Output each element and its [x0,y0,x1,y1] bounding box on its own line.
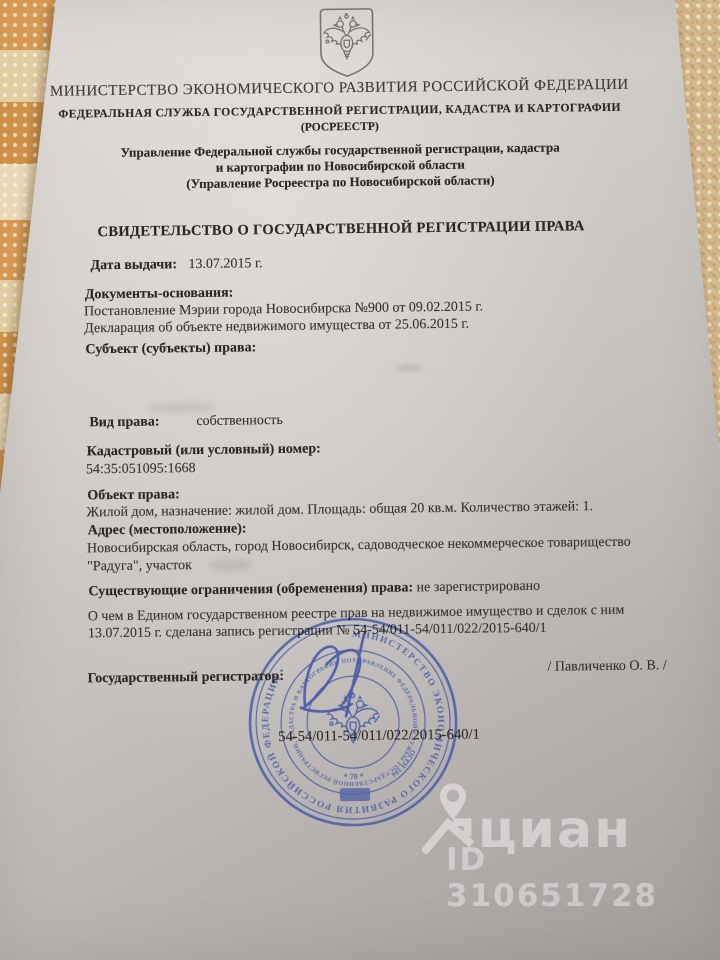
restrictions-value: не зарегистрировано [417,579,541,596]
registration-number: 54-54/011-54/011/022/2015-640/1 [278,727,480,746]
document-title: СВИДЕТЕЛЬСТВО О ГОСУДАРСТВЕННОЙ РЕГИСТРА… [17,217,665,242]
restrictions-row: Существующие ограничения (обременения) п… [88,579,540,601]
ministry-header: МИНИСТЕРСТВО ЭКОНОМИЧЕСКОГО РАЗВИТИЯ РОС… [15,76,663,101]
address-line-2: "Радуга", участок [87,558,192,575]
cadastral-value: 54:35:051095:1668 [86,461,196,478]
restrictions-label: Существующие ограничения (обременения) п… [88,580,413,599]
right-type-value: собственность [196,413,283,430]
registration-stamp: МИНИСТЕРСТВО ЭКОНОМИЧЕСКОГО РАЗВИТИЯ РОС… [242,611,465,834]
basis-label: Документы-основания: [85,286,234,304]
issue-date-value: 13.07.2015 г. [188,256,262,273]
right-type-label: Вид права: [89,414,159,431]
redaction-smudge [149,402,215,414]
document-photo: МИНИСТЕРСТВО ЭКОНОМИЧЕСКОГО РАЗВИТИЯ РОС… [0,0,720,960]
basis-line-2: Декларация об объекте недвижимого имущес… [84,317,469,338]
issue-date-label: Дата выдачи: [90,257,177,274]
registrar-name: / Павличенко О. В. / [547,658,666,675]
redaction-smudge [209,559,251,571]
registrar-label: Государственный регистратор: [87,669,284,687]
stamp-code-block [340,788,370,801]
object-label: Объект права: [87,487,180,504]
subject-label: Субъект (субъекты) права: [85,340,256,358]
coat-of-arms-icon [311,6,382,81]
redaction-smudge [397,365,423,370]
address-label: Адрес (местоположение): [88,521,247,539]
cadastral-label: Кадастровый (или условный) номер: [87,441,321,460]
stamp-bottom-mark: * 70 * [344,772,364,781]
watermark-id: ID 310651728 [446,842,658,914]
